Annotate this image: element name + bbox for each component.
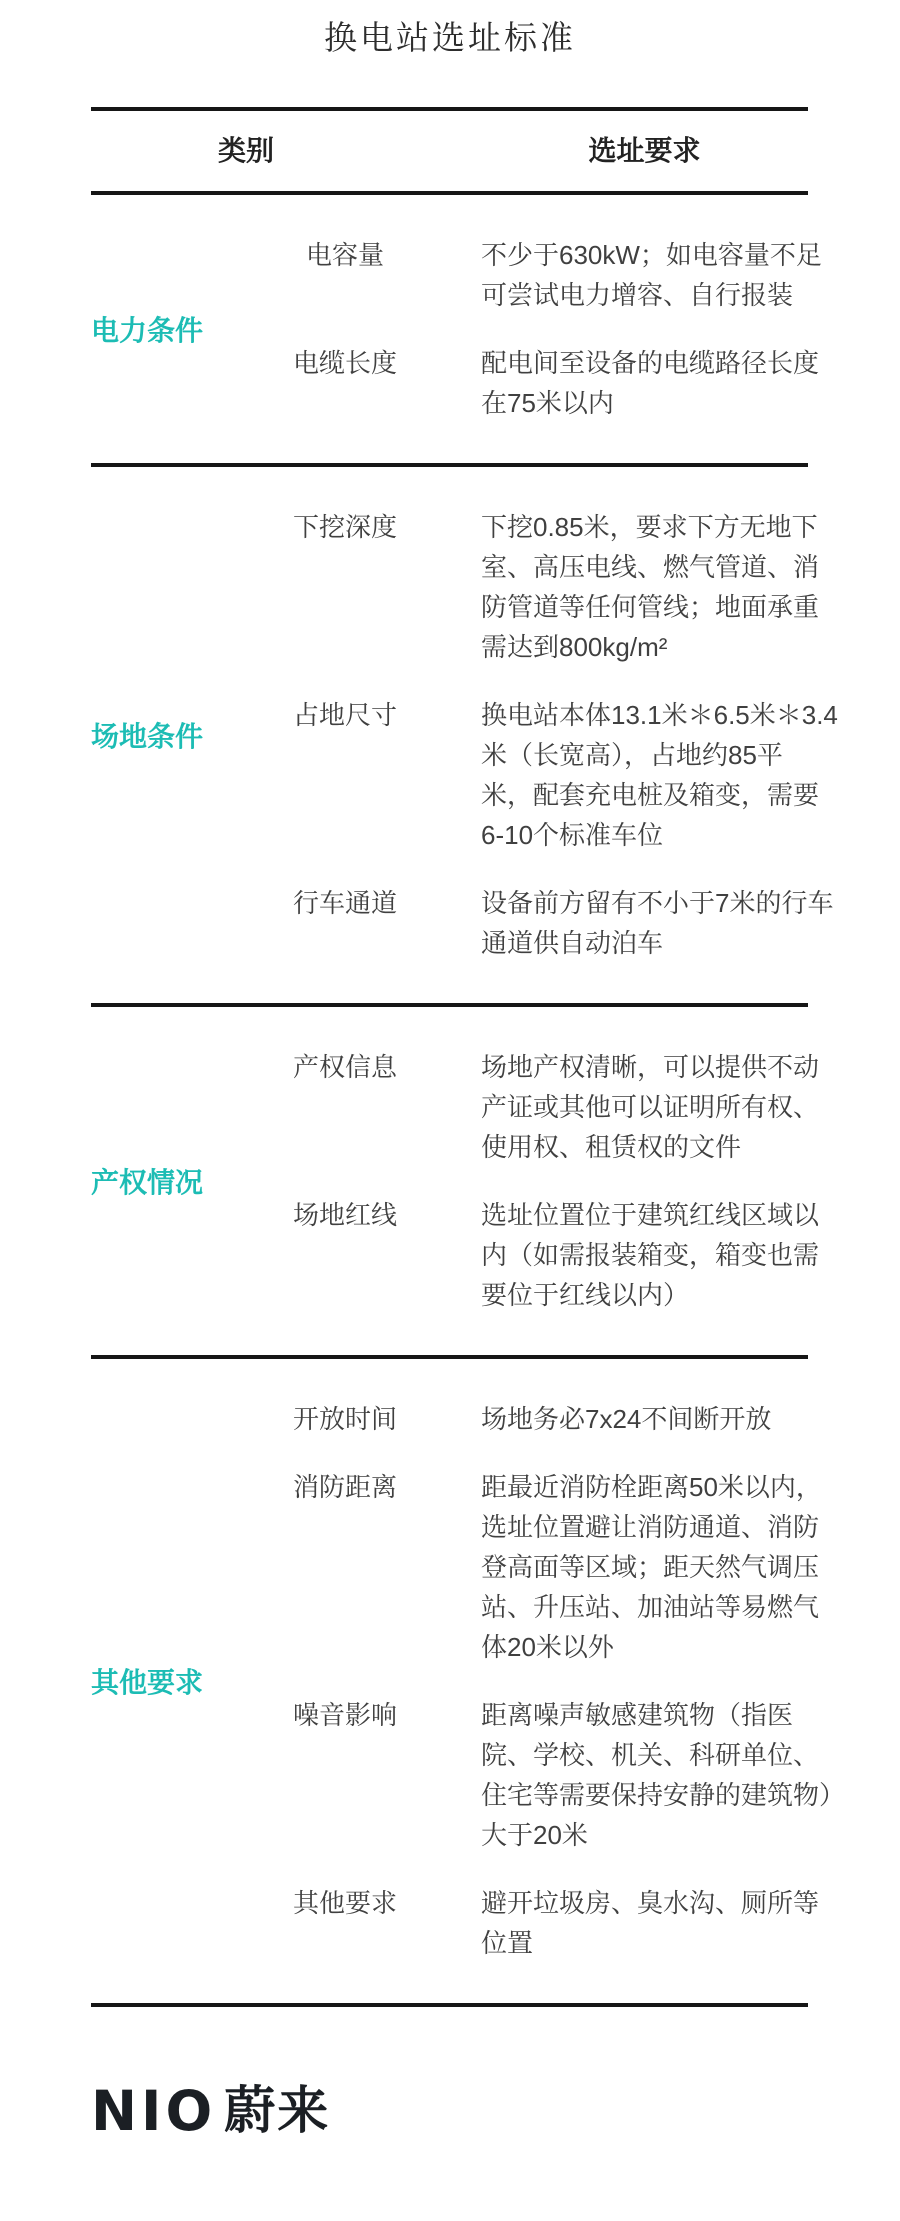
row-requirement-text: 距最近消防栓距离50米以内， 选址位置避让消防通道、消防 登高面等区域；距天然气… — [401, 1467, 845, 1667]
row-item-label: 电容量 — [289, 235, 401, 315]
table-row: 其他要求 避开垃圾房、臭水沟、厕所等 位置 — [289, 1883, 845, 1963]
row-requirement-text: 不少于630kW；如电容量不足 可尝试电力增容、自行报装 — [401, 235, 822, 315]
row-requirement-text: 设备前方留有不小于7米的行车 通道供自动泊车 — [401, 883, 838, 963]
group-rows: 开放时间 场地务必7x24不间断开放 消防距离 距最近消防栓距离50米以内， 选… — [289, 1399, 845, 1963]
group-section-site-conditions: 场地条件 下挖深度 下挖0.85米，要求下方无地下 室、高压电线、燃气管道、消 … — [91, 467, 808, 1007]
group-section-power-conditions: 电力条件 电容量 不少于630kW；如电容量不足 可尝试电力增容、自行报装 电缆… — [91, 195, 808, 467]
row-requirement-text: 场地务必7x24不间断开放 — [401, 1399, 845, 1439]
nio-logo-cjk-text: 蔚来 — [224, 2079, 330, 2143]
table-row: 产权信息 场地产权清晰，可以提供不动 产证或其他可以证明所有权、 使用权、租赁权… — [289, 1047, 819, 1167]
row-item-label: 行车通道 — [289, 883, 401, 963]
row-requirement-text: 选址位置位于建筑红线区域以 内（如需报装箱变，箱变也需 要位于红线以内） — [401, 1195, 819, 1315]
column-header-category: 类别 — [91, 136, 401, 166]
row-requirement-text: 配电间至设备的电缆路径长度 在75米以内 — [401, 343, 822, 423]
nio-logo: NIO 蔚来 — [91, 2079, 900, 2221]
group-label-column: 产权情况 — [91, 1047, 289, 1315]
table-row: 开放时间 场地务必7x24不间断开放 — [289, 1399, 845, 1439]
nio-logo-latin-text: NIO — [91, 2079, 216, 2143]
row-item-label: 噪音影响 — [289, 1695, 401, 1855]
row-item-label: 下挖深度 — [289, 507, 401, 667]
table-row: 场地红线 选址位置位于建筑红线区域以 内（如需报装箱变，箱变也需 要位于红线以内… — [289, 1195, 819, 1315]
group-rows: 电容量 不少于630kW；如电容量不足 可尝试电力增容、自行报装 电缆长度 配电… — [289, 235, 822, 423]
group-section-other-requirements: 其他要求 开放时间 场地务必7x24不间断开放 消防距离 距最近消防栓距离50米… — [91, 1359, 808, 2007]
group-rows: 产权信息 场地产权清晰，可以提供不动 产证或其他可以证明所有权、 使用权、租赁权… — [289, 1047, 819, 1315]
column-header-requirement: 选址要求 — [401, 136, 808, 166]
table-row: 消防距离 距最近消防栓距离50米以内， 选址位置避让消防通道、消防 登高面等区域… — [289, 1467, 845, 1667]
row-item-label: 产权信息 — [289, 1047, 401, 1167]
group-label-column: 场地条件 — [91, 507, 289, 963]
row-item-label: 场地红线 — [289, 1195, 401, 1315]
row-item-label: 开放时间 — [289, 1399, 401, 1439]
table-header-row: 类别 选址要求 — [91, 107, 808, 195]
table-row: 电缆长度 配电间至设备的电缆路径长度 在75米以内 — [289, 343, 822, 423]
group-label: 产权情况 — [91, 1161, 203, 1201]
group-label: 其他要求 — [91, 1661, 203, 1701]
row-item-label: 其他要求 — [289, 1883, 401, 1963]
table-row: 噪音影响 距离噪声敏感建筑物（指医 院、学校、机关、科研单位、 住宅等需要保持安… — [289, 1695, 845, 1855]
row-item-label: 占地尺寸 — [289, 695, 401, 855]
row-requirement-text: 场地产权清晰，可以提供不动 产证或其他可以证明所有权、 使用权、租赁权的文件 — [401, 1047, 819, 1167]
row-item-label: 电缆长度 — [289, 343, 401, 423]
table-row: 电容量 不少于630kW；如电容量不足 可尝试电力增容、自行报装 — [289, 235, 822, 315]
table-row: 下挖深度 下挖0.85米，要求下方无地下 室、高压电线、燃气管道、消 防管道等任… — [289, 507, 838, 667]
group-label-column: 电力条件 — [91, 235, 289, 423]
site-selection-table: 类别 选址要求 电力条件 电容量 不少于630kW；如电容量不足 可尝试电力增容… — [91, 107, 808, 2007]
row-requirement-text: 避开垃圾房、臭水沟、厕所等 位置 — [401, 1883, 845, 1963]
table-row: 行车通道 设备前方留有不小于7米的行车 通道供自动泊车 — [289, 883, 838, 963]
row-requirement-text: 距离噪声敏感建筑物（指医 院、学校、机关、科研单位、 住宅等需要保持安静的建筑物… — [401, 1695, 845, 1855]
group-rows: 下挖深度 下挖0.85米，要求下方无地下 室、高压电线、燃气管道、消 防管道等任… — [289, 507, 838, 963]
group-label-column: 其他要求 — [91, 1399, 289, 1963]
table-row: 占地尺寸 换电站本体13.1米＊6.5米＊3.4 米（长宽高），占地约85平 米… — [289, 695, 838, 855]
group-section-property-rights: 产权情况 产权信息 场地产权清晰，可以提供不动 产证或其他可以证明所有权、 使用… — [91, 1007, 808, 1359]
row-item-label: 消防距离 — [289, 1467, 401, 1667]
row-requirement-text: 下挖0.85米，要求下方无地下 室、高压电线、燃气管道、消 防管道等任何管线；地… — [401, 507, 838, 667]
row-requirement-text: 换电站本体13.1米＊6.5米＊3.4 米（长宽高），占地约85平 米，配套充电… — [401, 695, 838, 855]
group-label: 场地条件 — [91, 715, 203, 755]
group-label: 电力条件 — [91, 309, 203, 349]
page-title: 换电站选址标准 — [0, 0, 900, 59]
